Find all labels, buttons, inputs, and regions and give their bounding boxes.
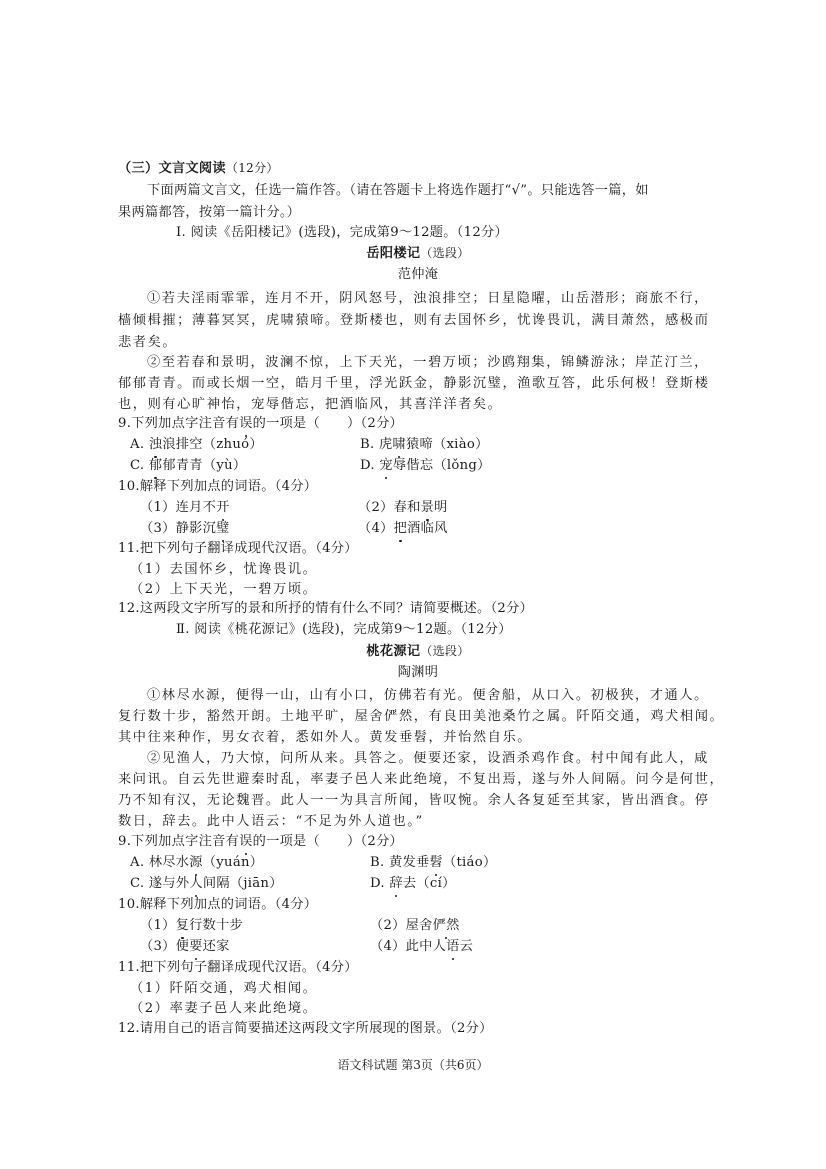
- part2-q10-row2: （3）便要还家 （4）此中人语云: [140, 936, 740, 957]
- part1-q12-stem: 12.这两段文字所写的景和所抒的情有什么不同？请简要概述。（2分）: [118, 598, 718, 619]
- part2-q10-row1: （1）复行数十步 （2）屋舍俨然: [140, 915, 740, 936]
- q10-item-1: （1）连月不开: [140, 500, 230, 515]
- part2-q9-stem: 9.下列加点字注音有误的一项是（ ）（2分）: [118, 831, 718, 852]
- q9-stem-text: 9.下列加点字注音有: [118, 834, 239, 849]
- part1-heading: Ⅰ. 阅读《岳阳楼记》(选段)，完成第9～12题。（12分）: [176, 222, 776, 243]
- option-b: B. 黄发垂髫（tiáo）: [370, 852, 496, 873]
- part1-q11-item2: （2）上下天光，一碧万顷。: [130, 579, 730, 600]
- part1-q10-stem: 10.解释下列加点的词语。（4分）: [118, 476, 718, 497]
- instruction-line-1: 下面两篇文言文，任选一篇作答。（请在答题卡上将选作题打“√”。只能选答一篇，如: [147, 180, 747, 201]
- part2-para1-line1: ①林尽水源，便得一山，山有小口，仿佛若有光。便舍船，从口入。初极狭，才通人。: [147, 685, 747, 706]
- part1-para2-line1: ②至若春和景明，波澜不惊，上下天光，一碧万顷；沙鸥翔集，锦鳞游泳；岸芷汀兰，: [147, 352, 747, 373]
- part2-q11-item1: （1）阡陌交通，鸡犬相闻。: [130, 978, 730, 999]
- part2-q11-item2: （2）率妻子邑人来此绝境。: [130, 998, 730, 1019]
- q9-stem-dotted: 误: [239, 413, 253, 434]
- instruction-line-2: 果两篇都答，按第一篇计分。）: [118, 202, 718, 223]
- part2-q12-stem: 12.请用自己的语言简要描述这两段文字所展现的图景。（2分）: [118, 1018, 718, 1039]
- part1-para1-line3: 悲者矣。: [118, 332, 718, 353]
- option-b: B. 虎啸猿啼（xiào）: [360, 434, 489, 455]
- part1-q11-stem: 11.把下列句子翻译成现代汉语。（4分）: [118, 538, 718, 559]
- q10-item-4: （4）此中人语云: [370, 936, 473, 957]
- q9-stem-text-end: 的一项是（ ）（2分）: [253, 834, 403, 849]
- q10-item-2: （2）屋舍俨然: [370, 915, 460, 936]
- part1-q10-row1: （1）连月不开 （2）春和景明: [140, 497, 740, 518]
- part1-para1-line1: ①若夫淫雨霏霏，连月不开，阴风怒号，浊浪排空；日星隐曜，山岳潜形；商旅不行，: [147, 288, 747, 309]
- section-score: （12分）: [226, 161, 279, 175]
- part1-author: 范仲淹: [118, 264, 718, 285]
- part1-para2-line2: 郁郁青青。而或长烟一空，皓月千里，浮光跃金，静影沉璧，渔歌互答，此乐何极！登斯楼: [118, 373, 718, 394]
- option-a: A. 浊浪排空（zhuó）: [130, 437, 263, 452]
- option-c: C. 郁郁青青（yù）: [130, 458, 246, 473]
- part1-q9-row1: A. 浊浪排空（zhuó） B. 虎啸猿啼（xiào）: [130, 434, 730, 455]
- q10-item-2: （2）春和景明: [358, 497, 448, 518]
- part1-q9-stem: 9.下列加点字注音有误的一项是（ ）（2分）: [118, 413, 718, 434]
- part2-para2-line1: ②见渔人，乃大惊，问所从来。具答之。便要还家，设酒杀鸡作食。村中闻有此人，咸: [147, 748, 747, 769]
- part2-heading: Ⅱ. 阅读《桃花源记》(选段)，完成第9～12题。（12分）: [176, 619, 776, 640]
- q10-item-3: （3）静影沉璧: [140, 521, 230, 536]
- part2-para2-line3: 乃不知有汉，无论魏晋。此人一一为具言所闻，皆叹惋。余人各复延至其家，皆出酒食。停: [118, 790, 718, 811]
- part1-q9-row2: C. 郁郁青青（yù） D. 宠辱偕忘（lǒng）: [130, 455, 730, 476]
- option-d: D. 辞去（cí）: [370, 873, 456, 894]
- q9-stem-dotted: 误: [239, 831, 253, 852]
- section-title: （三）文言文阅读: [118, 161, 226, 176]
- q9-stem-text: 9.下列加点字注音有: [118, 416, 239, 431]
- section-header: （三）文言文阅读（12分）: [118, 158, 718, 179]
- part1-title-note: （选段）: [420, 246, 469, 260]
- part2-q9-row2: C. 遂与外人间隔（jiān） D. 辞去（cí）: [130, 873, 730, 894]
- exam-page: （三）文言文阅读（12分） 下面两篇文言文，任选一篇作答。（请在答题卡上将选作题…: [0, 0, 826, 1169]
- option-d: D. 宠辱偕忘（lǒng）: [360, 455, 491, 476]
- q10-item-4: （4）把酒临风: [358, 518, 448, 539]
- part2-title-block: 桃花源记（选段）: [118, 641, 718, 662]
- part2-q10-stem: 10.解释下列加点的词语。（4分）: [118, 894, 718, 915]
- part1-title-block: 岳阳楼记（选段）: [118, 243, 718, 264]
- part1-para2-line3: 也，则有心旷神怡，宠辱偕忘，把酒临风，其喜洋洋者矣。: [118, 394, 718, 415]
- part2-para1-line3: 其中往来种作，男女衣着，悉如外人。黄发垂髫，并怡然自乐。: [118, 727, 718, 748]
- part2-author: 陶渊明: [118, 662, 718, 683]
- q9-stem-text-end: 的一项是（ ）（2分）: [253, 416, 403, 431]
- option-c: C. 遂与外人间隔（jiān）: [130, 876, 283, 891]
- page-footer: 语文科试题 第3页（共6页）: [0, 1056, 826, 1073]
- part2-title-note: （选段）: [420, 644, 469, 658]
- part1-title: 岳阳楼记: [366, 246, 420, 261]
- part1-q11-item1: （1）去国怀乡，忧谗畏讥。: [130, 559, 730, 580]
- part2-para2-line2: 来问讯。自云先世避秦时乱，率妻子邑人来此绝境，不复出焉，遂与外人间隔。问今是何世…: [118, 769, 718, 790]
- q10-item-3: （3）便要还家: [140, 939, 230, 954]
- q10-item-1: （1）复行数十步: [140, 918, 243, 933]
- part2-title: 桃花源记: [366, 644, 420, 659]
- option-a: A. 林尽水源（yuán）: [130, 855, 263, 870]
- part1-q10-row2: （3）静影沉璧 （4）把酒临风: [140, 518, 740, 539]
- part2-q11-stem: 11.把下列句子翻译成现代汉语。（4分）: [118, 957, 718, 978]
- part2-q9-row1: A. 林尽水源（yuán） B. 黄发垂髫（tiáo）: [130, 852, 730, 873]
- part2-para2-line4: 数日，辞去。此中人语云：“不足为外人道也。”: [118, 811, 718, 832]
- part1-para1-line2: 樯倾楫摧；薄暮冥冥，虎啸猿啼。登斯楼也，则有去国怀乡，忧谗畏讥，满目萧然，感极而: [118, 310, 718, 331]
- part2-para1-line2: 复行数十步，豁然开朗。土地平旷，屋舍俨然，有良田美池桑竹之属。阡陌交通，鸡犬相闻…: [118, 706, 718, 727]
